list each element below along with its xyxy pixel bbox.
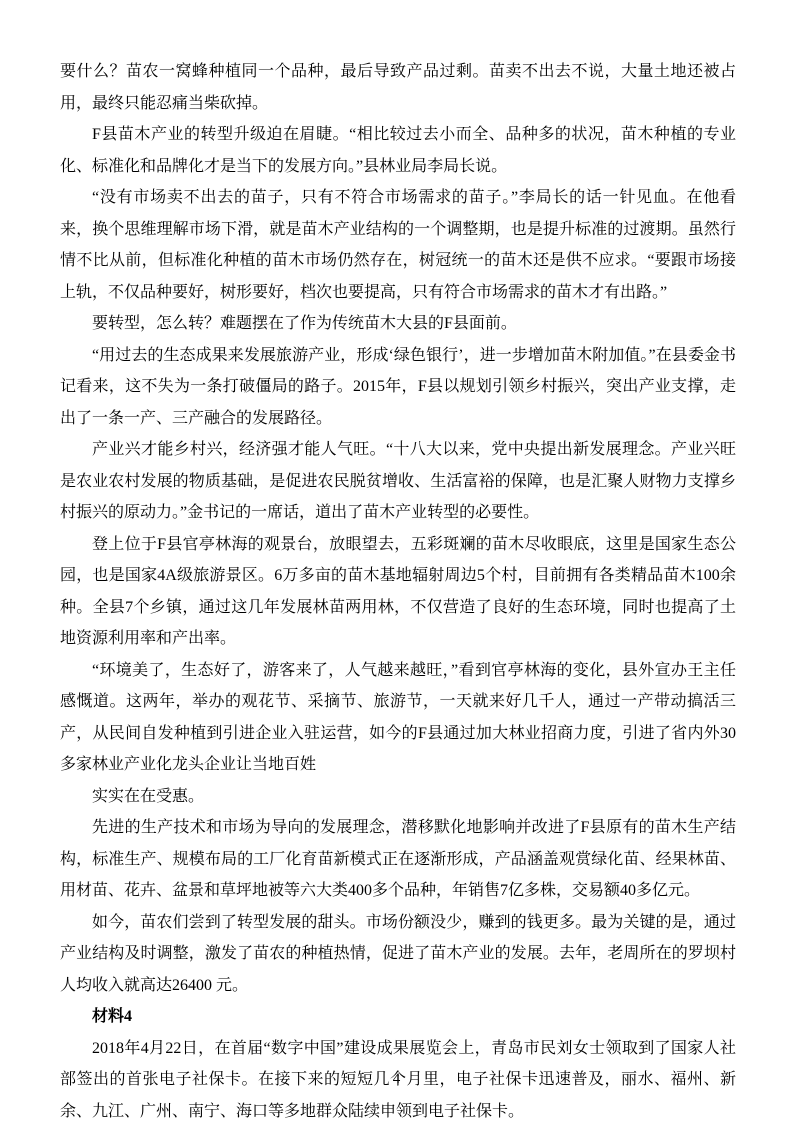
- paragraph: 要转型，怎么转？难题摆在了作为传统苗木大县的F县面前。: [60, 308, 736, 340]
- paragraph: “用过去的生态成果来发展旅游产业，形成‘绿色银行’，进一步增加苗木附加值。”在县…: [60, 340, 736, 435]
- paragraph: “没有市场卖不出去的苗子，只有不符合市场需求的苗子。”李局长的话一针见血。在他看…: [60, 182, 736, 308]
- paragraph: 登上位于F县官亭林海的观景台，放眼望去，五彩斑斓的苗木尽收眼底，这里是国家生态公…: [60, 529, 736, 655]
- paragraph: 先进的生产技术和市场为导向的发展理念，潜移默化地影响并改进了F县原有的苗木生产结…: [60, 812, 736, 907]
- paragraph: 如今，苗农们尝到了转型发展的甜头。市场份额没少，赚到的钱更多。最为关键的是，通过…: [60, 907, 736, 1002]
- paragraph: “环境美了，生态好了，游客来了，人气越来越旺，”看到官亭林海的变化，县外宣办王主…: [60, 655, 736, 781]
- paragraph: 实实在在受惠。: [60, 781, 736, 813]
- document-page: 要什么？苗农一窝蜂种植同一个品种，最后导致产品过剩。苗卖不出去不说，大量土地还被…: [0, 0, 793, 1121]
- paragraph: 要什么？苗农一窝蜂种植同一个品种，最后导致产品过剩。苗卖不出去不说，大量土地还被…: [60, 56, 736, 119]
- page-number: 4: [0, 1071, 793, 1087]
- page-body: 要什么？苗农一窝蜂种植同一个品种，最后导致产品过剩。苗卖不出去不说，大量土地还被…: [60, 56, 736, 1121]
- material-heading: 材料4: [60, 1001, 736, 1033]
- paragraph: 产业兴才能乡村兴，经济强才能人气旺。“十八大以来，党中央提出新发展理念。产业兴旺…: [60, 434, 736, 529]
- paragraph: F县苗木产业的转型升级迫在眉睫。“相比较过去小而全、品种多的状况，苗木种植的专业…: [60, 119, 736, 182]
